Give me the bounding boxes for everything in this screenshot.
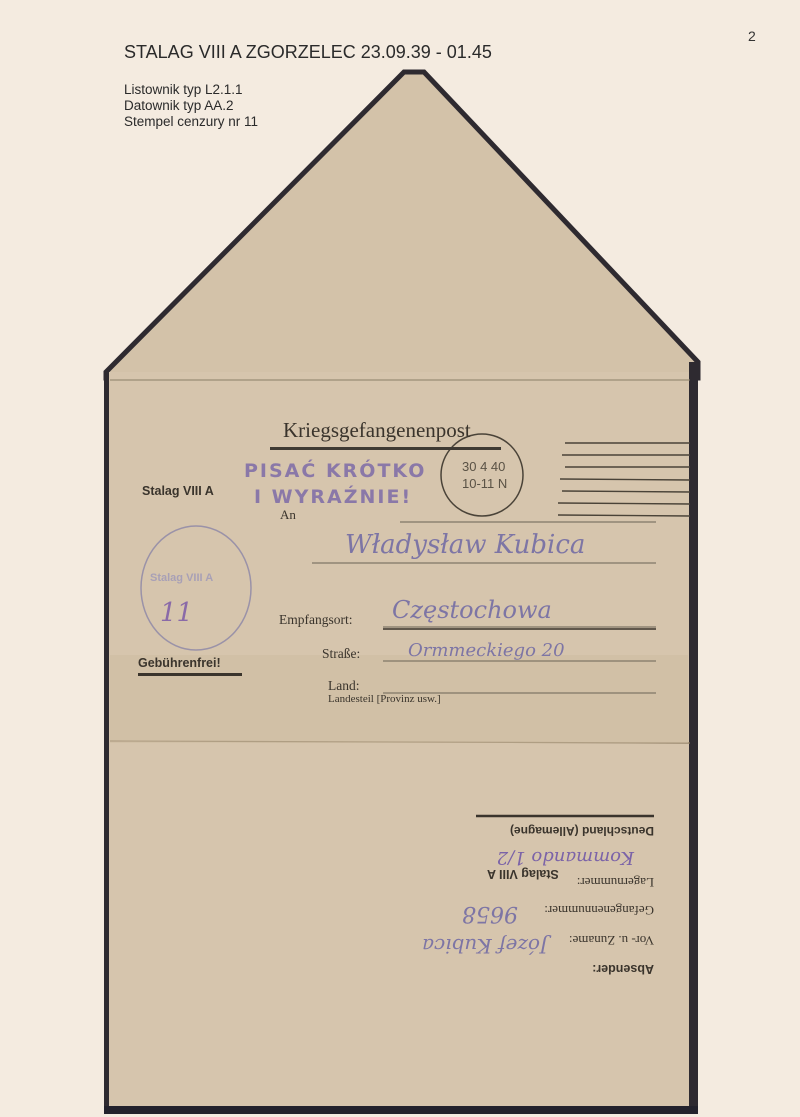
postmark-date: 30 4 40 — [462, 459, 505, 474]
prisoner-number: 9658 — [462, 901, 518, 926]
censor-stamp-text: Stalag VIII A — [150, 572, 213, 584]
page-number: 2 — [748, 28, 756, 44]
prisoner-number-label: Gefangenennummer: — [544, 902, 654, 918]
to-label: An — [280, 507, 296, 523]
sender-block: Absender: Vor- u. Zuname: Józef Kubica G… — [380, 818, 660, 978]
country-label: Deutschland (Allemagne) — [510, 824, 654, 838]
note-censor-stamp: Stempel cenzury nr 11 — [124, 114, 258, 130]
catalog-notes: Listownik typ L2.1.1 Datownik typ AA.2 S… — [124, 82, 258, 130]
sender-label: Absender: — [592, 962, 654, 976]
instruction-stamp-line1: PISAĆ KRÓTKO — [244, 460, 426, 482]
province-label: Landesteil [Provinz usw.] — [328, 693, 441, 705]
place-label: Empfangsort: — [279, 612, 353, 628]
place-value: Częstochowa — [392, 596, 552, 624]
recipient-name: Władysław Kubica — [345, 530, 585, 560]
street-value: Ormmeckiego 20 — [408, 640, 565, 661]
instruction-stamp-line2: I WYRAŹNIE! — [254, 486, 412, 508]
note-envelope-type: Listownik typ L2.1.1 — [124, 82, 258, 98]
camp-label: Stalag VIII A — [142, 484, 214, 498]
name-label: Vor- u. Zuname: — [569, 932, 654, 948]
kommando: Kommando 1/2 — [497, 847, 634, 868]
land-label: Land: — [328, 678, 360, 694]
letter-heading: Kriegsgefangenenpost — [283, 418, 471, 443]
camp-number-label: Lagernummer: — [577, 874, 654, 890]
camp-number-value: Stalag VIII A — [487, 867, 559, 881]
postmark-time: 10-11 N — [462, 476, 507, 491]
sender-name: Józef Kubica — [422, 934, 548, 958]
heading-underline — [270, 447, 501, 450]
postage-free-underline — [138, 673, 242, 676]
postage-free-note: Gebührenfrei! — [138, 656, 221, 670]
street-label: Straße: — [322, 646, 360, 662]
censor-number: 11 — [160, 598, 193, 628]
page-title: STALAG VIII A ZGORZELEC 23.09.39 - 01.45 — [124, 42, 492, 63]
note-datestamp-type: Datownik typ AA.2 — [124, 98, 258, 114]
